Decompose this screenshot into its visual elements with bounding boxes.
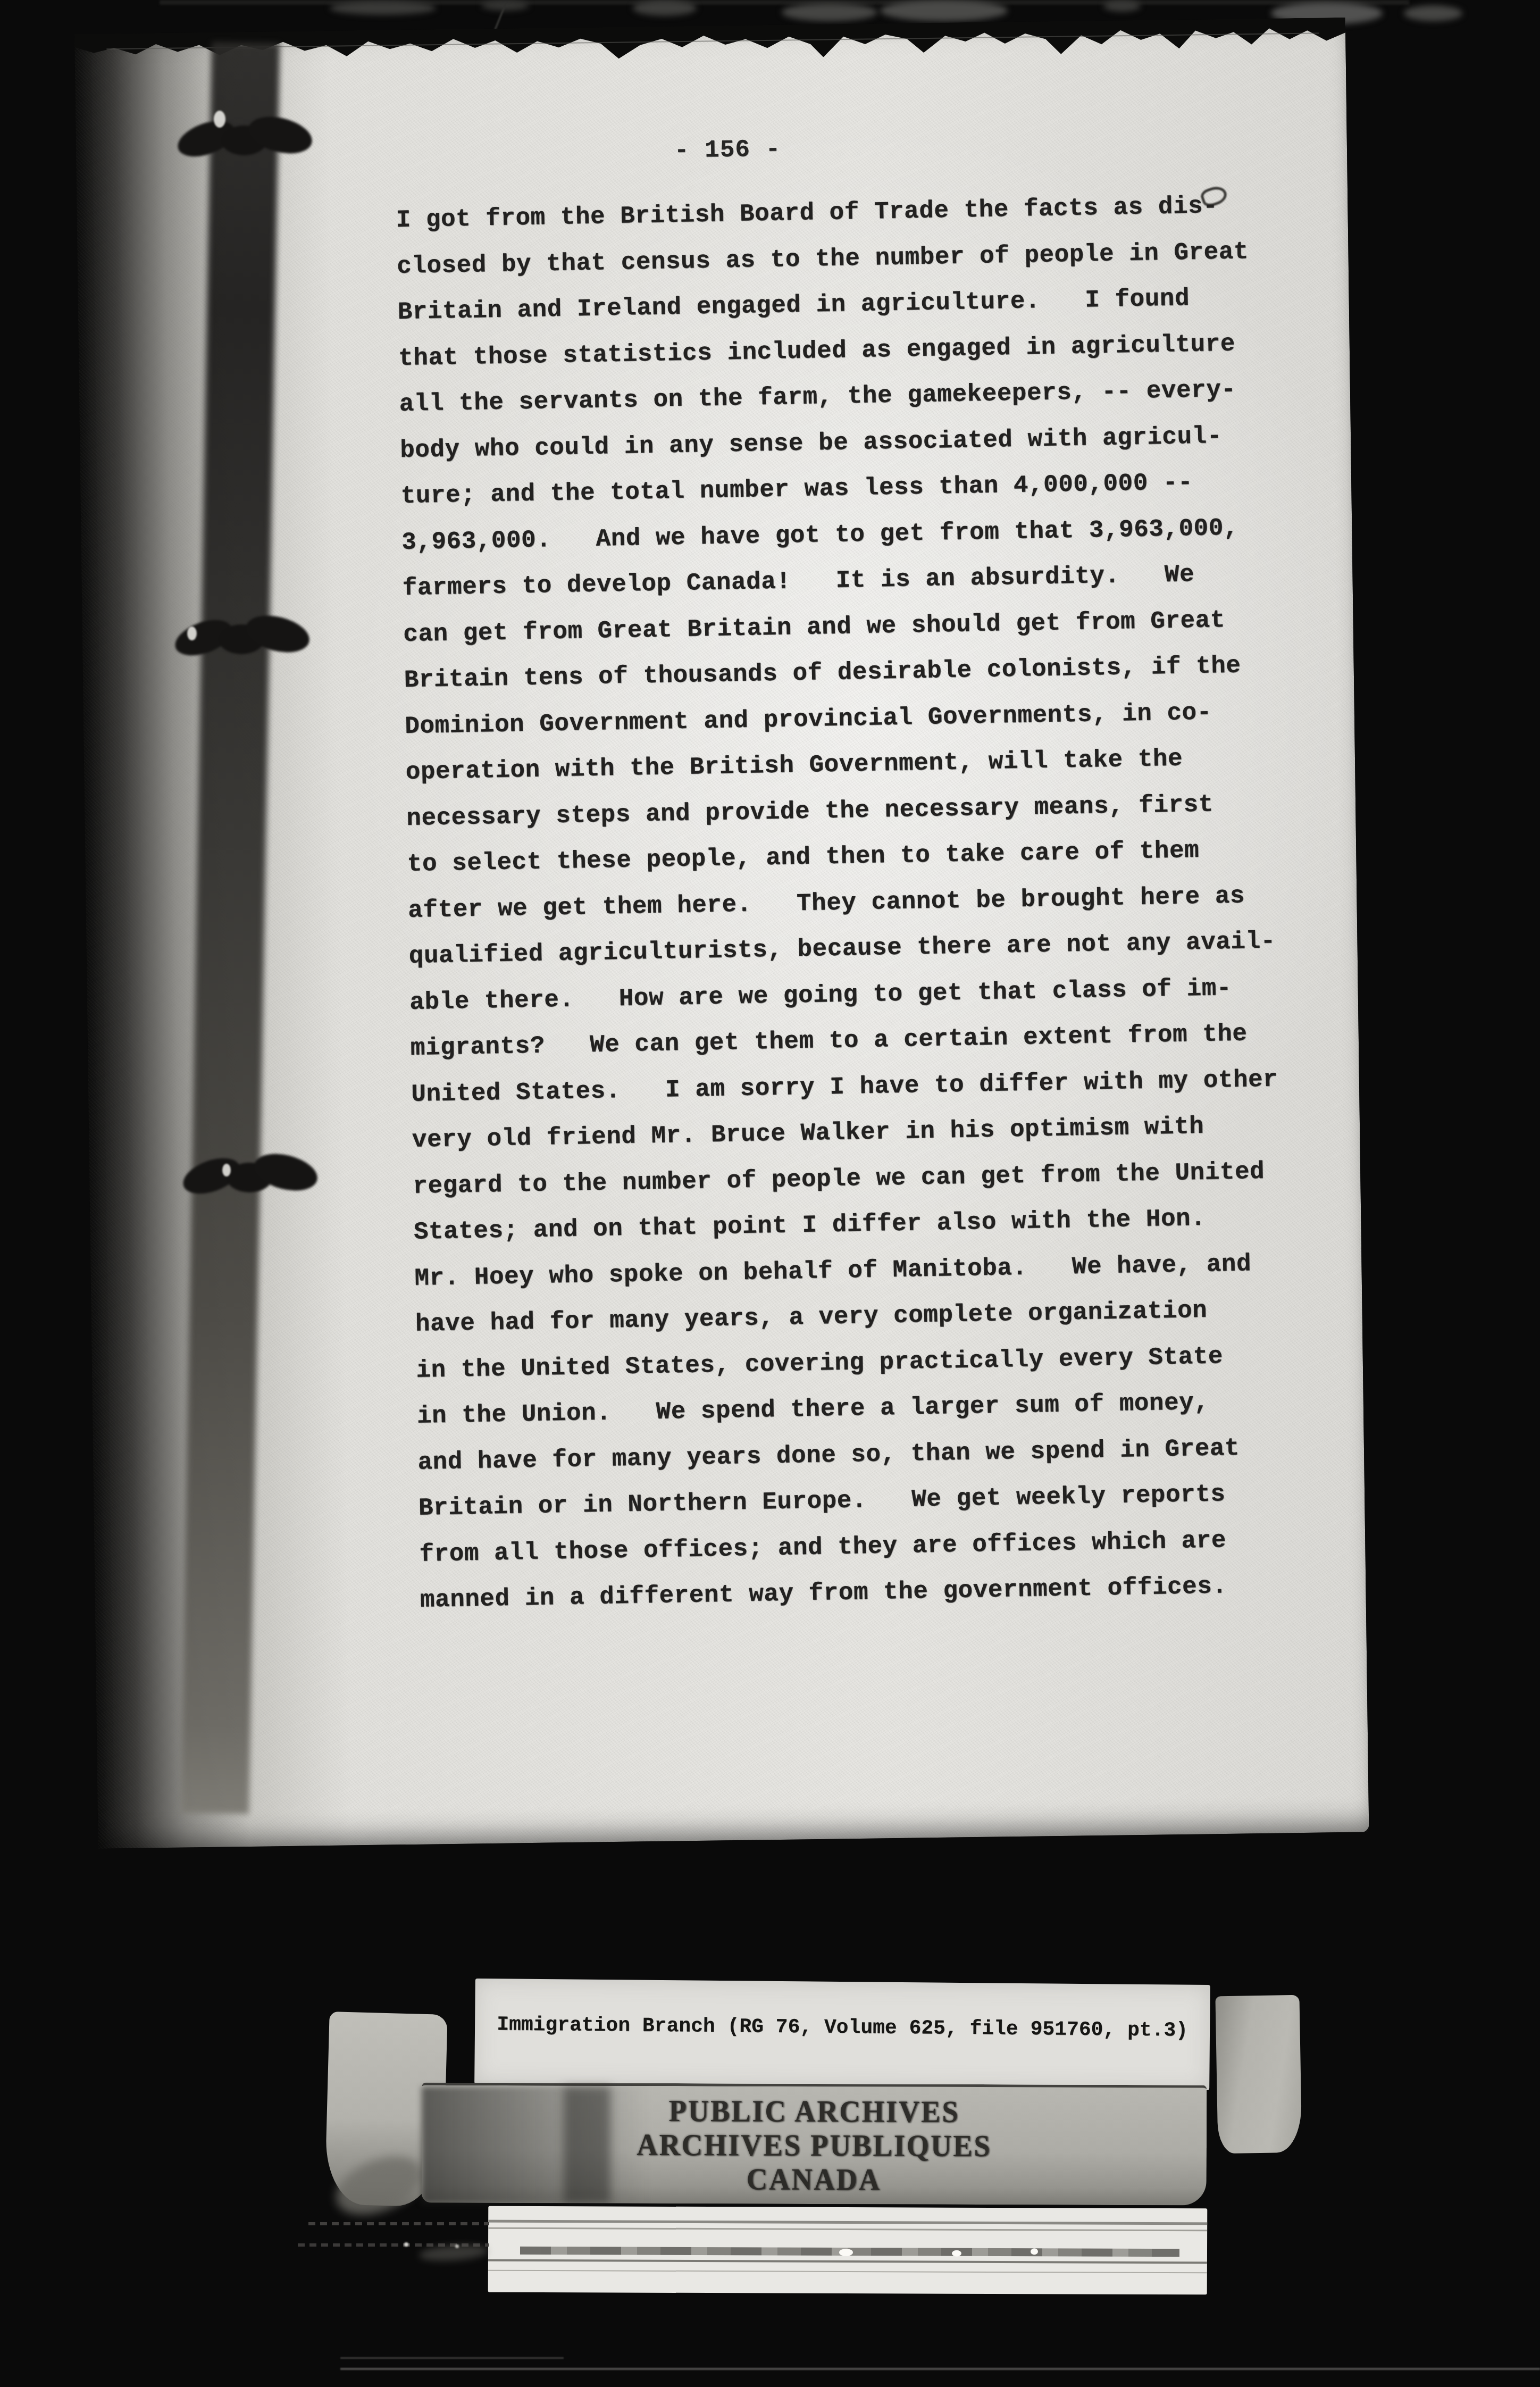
film-frame-line [340,2357,564,2359]
typewritten-text: I got from the British Board of Trade th… [396,191,1293,1632]
film-ghost-mark [1404,5,1462,21]
film-glint [187,627,197,640]
archival-reference-text: Immigration Branch (RG 76, Volume 625, f… [497,2013,1188,2042]
stamp-shadow-drip [564,2086,610,2204]
stamp-shadow [422,2086,650,2204]
binding-clasp [175,107,314,171]
film-frame-line [340,2368,1540,2370]
film-speck [1031,2248,1038,2255]
film-ghost-mark [782,3,877,21]
scratch-line [488,2227,1207,2232]
clasp-core [221,126,267,155]
clasp-core [219,624,264,654]
film-ghost-mark [633,0,697,16]
film-scratch-strip [488,2206,1208,2295]
page-number: - 156 - [674,136,781,165]
film-speck [839,2249,853,2256]
archival-reference-label: Immigration Branch (RG 76, Volume 625, f… [474,1979,1210,2090]
microfilm-frame: - 156 - I got from the British Board of … [0,0,1540,2387]
film-ghost-mark [1103,0,1141,12]
archives-stamp-line: ARCHIVES PUBLIQUES [637,2129,991,2161]
film-ghost-mark [330,1,436,15]
scratch-dotted-line [308,2222,489,2225]
scratch-line [488,2259,1207,2264]
archives-stamp-line: PUBLIC ARCHIVES [669,2095,960,2128]
clasp-core [227,1163,272,1192]
archives-stamp-line: CANADA [747,2163,881,2196]
film-glint [222,1164,231,1176]
film-glint [214,111,225,128]
scratch-line [488,2270,1207,2274]
film-speck [952,2250,961,2257]
film-ghost-mark [880,0,1008,21]
binding-clasp [181,1145,319,1208]
paper-fragment-right [1215,1995,1302,2154]
scratch-line [488,2220,1207,2225]
film-speck [404,2242,408,2247]
